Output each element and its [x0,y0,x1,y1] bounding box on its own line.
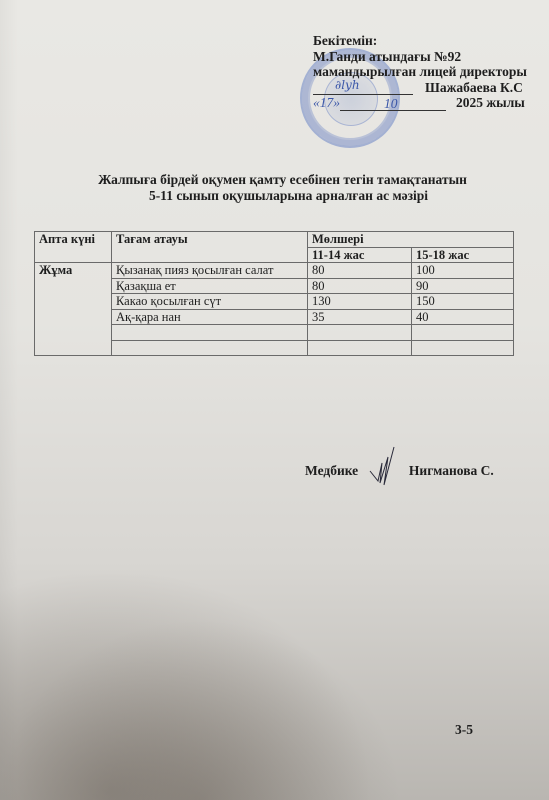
director-name: Шажабаева К.С [425,80,523,95]
signature-scrawl-icon: ∂lyh [335,78,360,94]
nurse-signature [362,465,406,475]
menu-table: Апта күні Тағам атауы Мөлшері 11-14 жас … [34,231,514,356]
table-header-row: Апта күні Тағам атауы Мөлшері [35,232,514,248]
amount-11-14-cell: 80 [308,263,412,279]
menu-title-line1: Жалпыға бірдей оқумен қамту есебінен тег… [8,172,549,188]
amount-15-18-cell: 40 [412,309,514,325]
approval-signature-line: ∂lyhШажабаева К.С [313,80,527,96]
amount-11-14-cell [308,340,412,356]
header-day: Апта күні [35,232,112,263]
day-cell: Жұма [35,263,112,356]
header-age-11-14: 11-14 жас [308,247,412,263]
amount-11-14-cell: 130 [308,294,412,310]
table-row: Жұма Қызанақ пияз қосылған салат 80 100 [35,263,514,279]
approval-heading: Бекітемін: [313,33,527,49]
approval-block: Бекітемін: М.Ганди атындағы №92 мамандыр… [313,33,527,111]
nurse-signature-block: Медбике Нигманова С. [305,463,494,479]
amount-15-18-cell: 90 [412,278,514,294]
director-signature: ∂lyh [313,82,413,95]
photo-shading [0,0,549,800]
nurse-name: Нигманова С. [409,463,494,478]
signature-scrawl-icon [368,443,398,493]
approval-school: М.Ганди атындағы №92 [313,49,527,65]
date-year: 2025 жылы [456,95,525,110]
dish-cell: Қызанақ пияз қосылған салат [112,263,308,279]
header-amount: Мөлшері [308,232,514,248]
dish-cell [112,340,308,356]
amount-11-14-cell: 35 [308,309,412,325]
nurse-role: Медбике [305,463,358,478]
page-number: 3-5 [455,722,473,738]
date-month-line: 10 [340,98,446,111]
dish-cell: Қазақша ет [112,278,308,294]
date-month: 10 [384,96,398,112]
amount-15-18-cell [412,325,514,341]
dish-cell [112,325,308,341]
amount-15-18-cell: 100 [412,263,514,279]
amount-15-18-cell: 150 [412,294,514,310]
amount-15-18-cell [412,340,514,356]
dish-cell: Ақ-қара нан [112,309,308,325]
approval-date: «17»102025 жылы [313,95,527,111]
dish-cell: Какао қосылған сүт [112,294,308,310]
header-dish: Тағам атауы [112,232,308,263]
header-age-15-18: 15-18 жас [412,247,514,263]
amount-11-14-cell: 80 [308,278,412,294]
date-day: «17» [313,95,340,110]
amount-11-14-cell [308,325,412,341]
menu-title-line2: 5-11 сынып оқушыларына арналған ас мәзір… [14,188,549,204]
